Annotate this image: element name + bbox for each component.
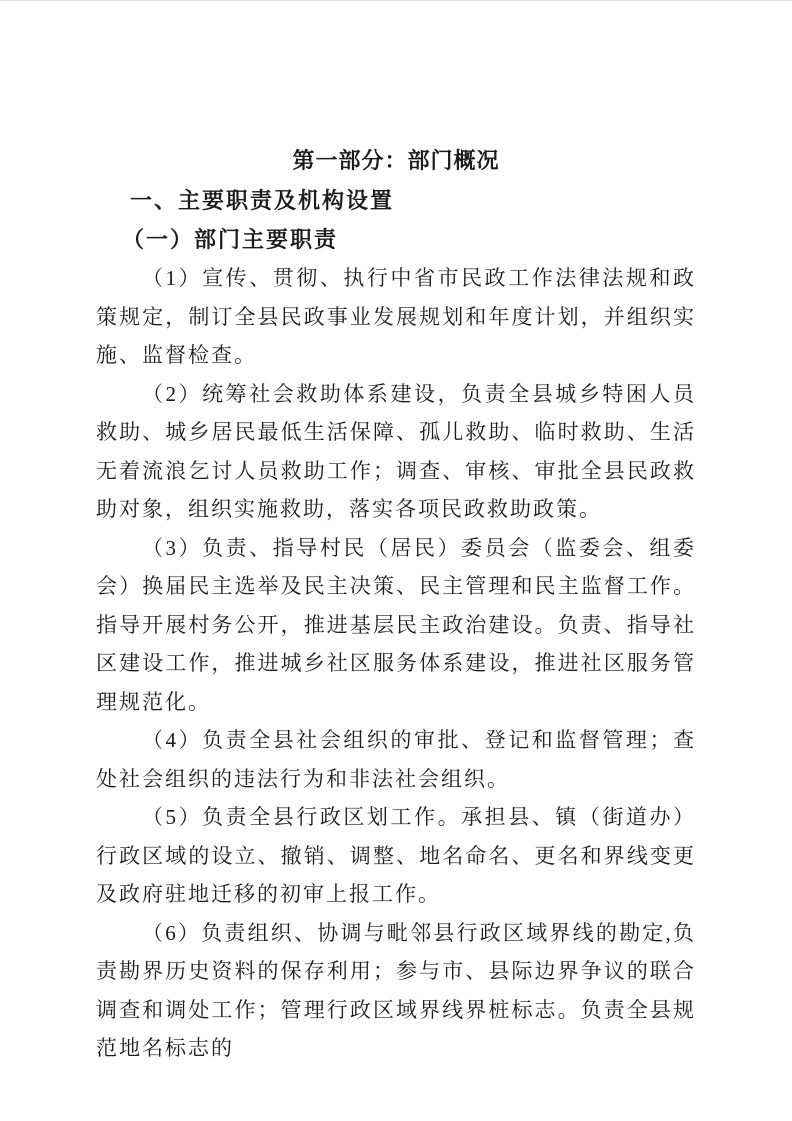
document-title: 第一部分：部门概况 (96, 140, 696, 181)
paragraph-duty-2: （2）统筹社会救助体系建设，负责全县城乡特困人员救助、城乡居民最低生活保障、孤儿… (96, 375, 696, 529)
section-heading: 一、主要职责及机构设置 (96, 181, 696, 220)
document-page: 第一部分：部门概况 一、主要职责及机构设置 （一）部门主要职责 （1）宣传、贯彻… (0, 0, 792, 1121)
paragraph-duty-4: （4）负责全县社会组织的审批、登记和监督管理；查处社会组织的违法行为和非法社会组… (96, 721, 696, 798)
paragraph-duty-1: （1）宣传、贯彻、执行中省市民政工作法律法规和政策规定，制订全县民政事业发展规划… (96, 259, 696, 375)
subsection-heading: （一）部门主要职责 (96, 220, 696, 259)
paragraph-duty-5: （5）负责全县行政区划工作。承担县、镇（街道办）行政区域的设立、撤销、调整、地名… (96, 798, 696, 914)
paragraph-duty-6: （6）负责组织、协调与毗邻县行政区域界线的勘定,负责勘界历史资料的保存利用；参与… (96, 914, 696, 1068)
paragraph-duty-3: （3）负责、指导村民（居民）委员会（监委会、组委会）换届民主选举及民主决策、民主… (96, 529, 696, 722)
